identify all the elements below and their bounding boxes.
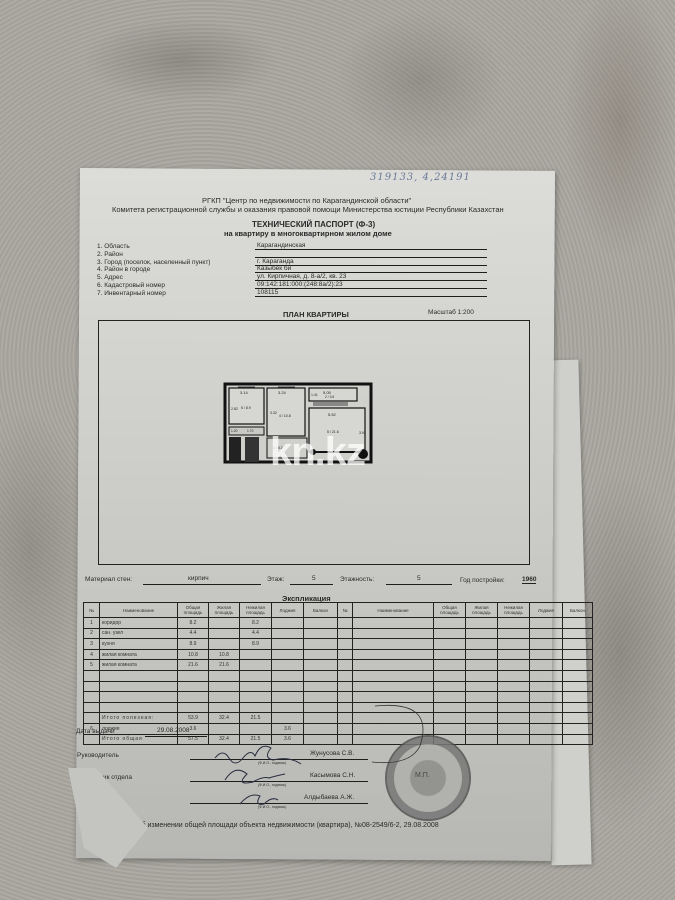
column-header: Балкон (304, 603, 338, 618)
table-cell (240, 723, 272, 734)
table-cell (434, 639, 466, 650)
table-cell (563, 692, 593, 703)
table-cell (498, 660, 530, 671)
column-header: Нежилая площадь (240, 603, 272, 618)
table-cell (272, 628, 304, 639)
table-cell (563, 628, 593, 639)
table-cell (100, 681, 178, 692)
table-cell (466, 681, 498, 692)
table-cell: 21.6 (209, 660, 240, 671)
table-cell (434, 670, 466, 681)
table-cell (272, 681, 304, 692)
table-cell (84, 734, 100, 745)
field-underline (255, 288, 487, 289)
table-cell (466, 628, 498, 639)
table-cell (338, 692, 353, 703)
column-header: Нежилая площадь (498, 603, 530, 618)
table-cell (272, 670, 304, 681)
table-cell (353, 649, 434, 660)
table-cell (304, 618, 338, 629)
table-cell (304, 681, 338, 692)
table-cell (353, 660, 434, 671)
wall-material-value: кирпич (188, 575, 209, 582)
column-header: Лоджия (530, 603, 563, 618)
table-cell (530, 649, 563, 660)
watermark: kn.kz (270, 430, 365, 475)
table-row: 2сан. узел4.44.4 (84, 628, 593, 639)
table-cell (563, 713, 593, 724)
table-cell (304, 660, 338, 671)
table-cell (209, 670, 240, 681)
table-cell (240, 681, 272, 692)
table-cell (563, 660, 593, 671)
table-row: 5жилая комната21.621.6 (84, 660, 593, 671)
field-label: 7. Инвентарный номер (97, 290, 166, 297)
table-cell (209, 723, 240, 734)
table-cell (498, 681, 530, 692)
table-cell (498, 628, 530, 639)
table-cell (563, 702, 593, 713)
column-header: Балкон (563, 603, 593, 618)
table-cell (209, 681, 240, 692)
table-cell: 3.6 (272, 723, 304, 734)
table-cell (466, 713, 498, 724)
table-cell (240, 692, 272, 703)
table-cell: жилая комната (100, 649, 178, 660)
document-title: ТЕХНИЧЕСКИЙ ПАСПОРТ (Ф-3) (252, 220, 375, 229)
table-cell (530, 734, 563, 745)
svg-text:2 / 3.6: 2 / 3.6 (325, 395, 334, 399)
table-row (84, 681, 593, 692)
table-cell: жилая комната (100, 660, 178, 671)
table-cell (530, 702, 563, 713)
plan-scale: Масштаб 1:200 (428, 309, 474, 316)
table-cell (466, 734, 498, 745)
table-cell (272, 649, 304, 660)
table-cell (84, 692, 100, 703)
field-value: ул. Кирпичная, д. 8-а/2, кв. 23 (257, 273, 346, 280)
table-cell (338, 670, 353, 681)
table-cell (498, 702, 530, 713)
table-cell (563, 618, 593, 629)
table-row (84, 692, 593, 703)
table-cell (100, 702, 178, 713)
table-cell (530, 660, 563, 671)
field-value: Казыбек би (257, 265, 291, 272)
table-cell (338, 723, 353, 734)
table-cell (353, 618, 434, 629)
table-cell (338, 660, 353, 671)
table-row: Итого полезная:53.932.421.5 (84, 713, 593, 724)
signature-role: Руководитель (77, 752, 119, 759)
floors-total-label: Этажность: (340, 576, 374, 583)
field-value: 09:142:181:000:(248:8а/2):23 (257, 281, 343, 288)
table-row (84, 702, 593, 713)
table-row: 1коридор8.28.2 (84, 618, 593, 629)
table-cell (100, 670, 178, 681)
column-header: Общая площадь (178, 603, 209, 618)
svg-text:5.52: 5.52 (328, 412, 337, 417)
table-cell: Итого полезная: (100, 713, 178, 724)
column-header: Жилая площадь (209, 603, 240, 618)
table-cell (272, 692, 304, 703)
table-cell (466, 692, 498, 703)
table-cell (530, 713, 563, 724)
field-value: г. Караганда (257, 258, 294, 265)
table-cell (434, 681, 466, 692)
column-header: № (338, 603, 353, 618)
year-label: Год постройки: (460, 577, 505, 584)
table-cell: 21.5 (240, 713, 272, 724)
table-cell (338, 681, 353, 692)
table-cell (304, 639, 338, 650)
table-cell (530, 618, 563, 629)
wall-material-label: Материал стен: (85, 576, 132, 583)
table-cell: 8.9 (178, 639, 209, 650)
org-line-2: Комитета регистрационной службы и оказан… (112, 205, 504, 214)
table-cell: 4.4 (240, 628, 272, 639)
table-cell (209, 628, 240, 639)
table-cell: 32.4 (209, 713, 240, 724)
table-cell (304, 692, 338, 703)
table-cell (563, 670, 593, 681)
table-cell: 2 (84, 628, 100, 639)
year-value: 1960 (522, 576, 536, 584)
table-cell (209, 702, 240, 713)
table-cell (353, 681, 434, 692)
table-cell: 53.9 (178, 713, 209, 724)
floors-total-value: 5 (417, 575, 421, 582)
table-cell (338, 702, 353, 713)
table-cell (498, 670, 530, 681)
table-cell: 3 (84, 639, 100, 650)
table-cell: 1 (84, 618, 100, 629)
table-cell: 8.2 (178, 618, 209, 629)
signature-scribbles (210, 738, 320, 818)
table-cell (84, 702, 100, 713)
plan-dim: 3.14 (240, 390, 249, 395)
field-value: Карагандинская (257, 242, 305, 249)
column-header: Наименование (100, 603, 178, 618)
table-cell (498, 713, 530, 724)
column-header: Жилая площадь (466, 603, 498, 618)
document-subtitle: на квартиру в многоквартирном жилом доме (224, 229, 392, 238)
table-cell (304, 628, 338, 639)
table-cell (530, 628, 563, 639)
svg-text:1.70: 1.70 (247, 429, 254, 433)
table-cell (272, 639, 304, 650)
table-cell (353, 628, 434, 639)
field-label: 5. Адрес (97, 274, 123, 281)
svg-text:1.20: 1.20 (231, 429, 238, 433)
table-cell (272, 713, 304, 724)
table-cell: 8.9 (240, 639, 272, 650)
explication-table: №НаименованиеОбщая площадьЖилая площадьН… (83, 602, 593, 745)
table-cell (434, 628, 466, 639)
table-cell: 10.8 (178, 649, 209, 660)
field-label: 1. Область (97, 243, 130, 250)
table-cell (338, 618, 353, 629)
table-row: 4жилая комната10.810.8 (84, 649, 593, 660)
table-cell (84, 670, 100, 681)
table-cell (466, 670, 498, 681)
field-underline (255, 296, 487, 297)
table-cell (466, 660, 498, 671)
table-cell: коридор (100, 618, 178, 629)
table-cell (466, 702, 498, 713)
issue-date-label: Дата выдачи (76, 728, 115, 735)
table-cell (209, 692, 240, 703)
table-cell: 4 (84, 649, 100, 660)
floor-value: 5 (312, 575, 316, 582)
floor-label: Этаж: (267, 576, 284, 583)
table-cell (240, 660, 272, 671)
table-cell (434, 649, 466, 660)
table-cell (304, 702, 338, 713)
table-cell (272, 618, 304, 629)
table-cell (304, 649, 338, 660)
table-cell (100, 692, 178, 703)
column-header: Общая площадь (434, 603, 466, 618)
table-cell (530, 670, 563, 681)
table-cell (353, 639, 434, 650)
field-underline (255, 249, 487, 250)
table-row: 3кухня8.98.9 (84, 639, 593, 650)
table-cell: кухня (100, 639, 178, 650)
table-cell: 8.2 (240, 618, 272, 629)
org-line-1: РГКП "Центр по недвижимости по Караганди… (202, 196, 411, 205)
table-cell (338, 639, 353, 650)
table-cell (84, 681, 100, 692)
column-header: Лоджия (272, 603, 304, 618)
svg-text:5 / 8.9: 5 / 8.9 (241, 406, 251, 410)
table-cell (498, 649, 530, 660)
field-label: 6. Кадастровый номер (97, 282, 165, 289)
table-cell (338, 713, 353, 724)
table-cell (563, 734, 593, 745)
field-label: 3. Город (поселок, населенный пункт) (97, 259, 210, 266)
table-cell (209, 618, 240, 629)
table-cell (240, 649, 272, 660)
table-cell (498, 639, 530, 650)
table-cell (240, 670, 272, 681)
svg-text:3.32: 3.32 (270, 411, 277, 415)
field-label: 2. Район (97, 251, 123, 258)
table-cell: 5 (84, 660, 100, 671)
table-cell (338, 734, 353, 745)
table-cell (178, 670, 209, 681)
table-cell (178, 681, 209, 692)
table-cell (530, 723, 563, 734)
table-cell (563, 649, 593, 660)
table-cell: сан. узел (100, 628, 178, 639)
field-value: 108115 (257, 289, 278, 296)
table-cell (338, 628, 353, 639)
table-cell (563, 639, 593, 650)
table-cell (434, 618, 466, 629)
table-cell (530, 639, 563, 650)
column-header: Наименование (353, 603, 434, 618)
svg-text:1.41: 1.41 (311, 393, 318, 397)
table-cell (466, 618, 498, 629)
table-cell (563, 681, 593, 692)
svg-text:2.82: 2.82 (231, 407, 238, 411)
table-cell (434, 660, 466, 671)
table-cell (209, 639, 240, 650)
handwritten-number: 319133, 4,24191 (370, 172, 471, 183)
table-cell (304, 670, 338, 681)
table-cell (498, 723, 530, 734)
table-cell (498, 618, 530, 629)
stamp-arc (370, 700, 450, 770)
svg-text:4 / 10.8: 4 / 10.8 (279, 414, 291, 418)
table-cell (304, 723, 338, 734)
field-label: 4. Район в городе (97, 266, 150, 273)
table-cell: 4.4 (178, 628, 209, 639)
table-cell (498, 692, 530, 703)
table-cell (353, 670, 434, 681)
table-row (84, 670, 593, 681)
table-cell (272, 702, 304, 713)
table-cell (466, 639, 498, 650)
table-cell (563, 723, 593, 734)
table-cell: 21.6 (178, 660, 209, 671)
table-cell (304, 713, 338, 724)
issue-date-value: 29.08.2008 (157, 727, 190, 734)
table-cell (530, 692, 563, 703)
table-cell (84, 713, 100, 724)
svg-text:3.24: 3.24 (278, 390, 287, 395)
column-header: № (84, 603, 100, 618)
table-cell (178, 692, 209, 703)
table-cell: 10.8 (209, 649, 240, 660)
table-cell (178, 702, 209, 713)
table-cell (498, 734, 530, 745)
table-cell (338, 649, 353, 660)
plan-title: ПЛАН КВАРТИРЫ (283, 310, 349, 319)
table-cell (240, 702, 272, 713)
table-cell (466, 649, 498, 660)
table-cell (272, 660, 304, 671)
table-cell (466, 723, 498, 734)
table-cell (530, 681, 563, 692)
stamp-text: М.П. (415, 772, 430, 779)
